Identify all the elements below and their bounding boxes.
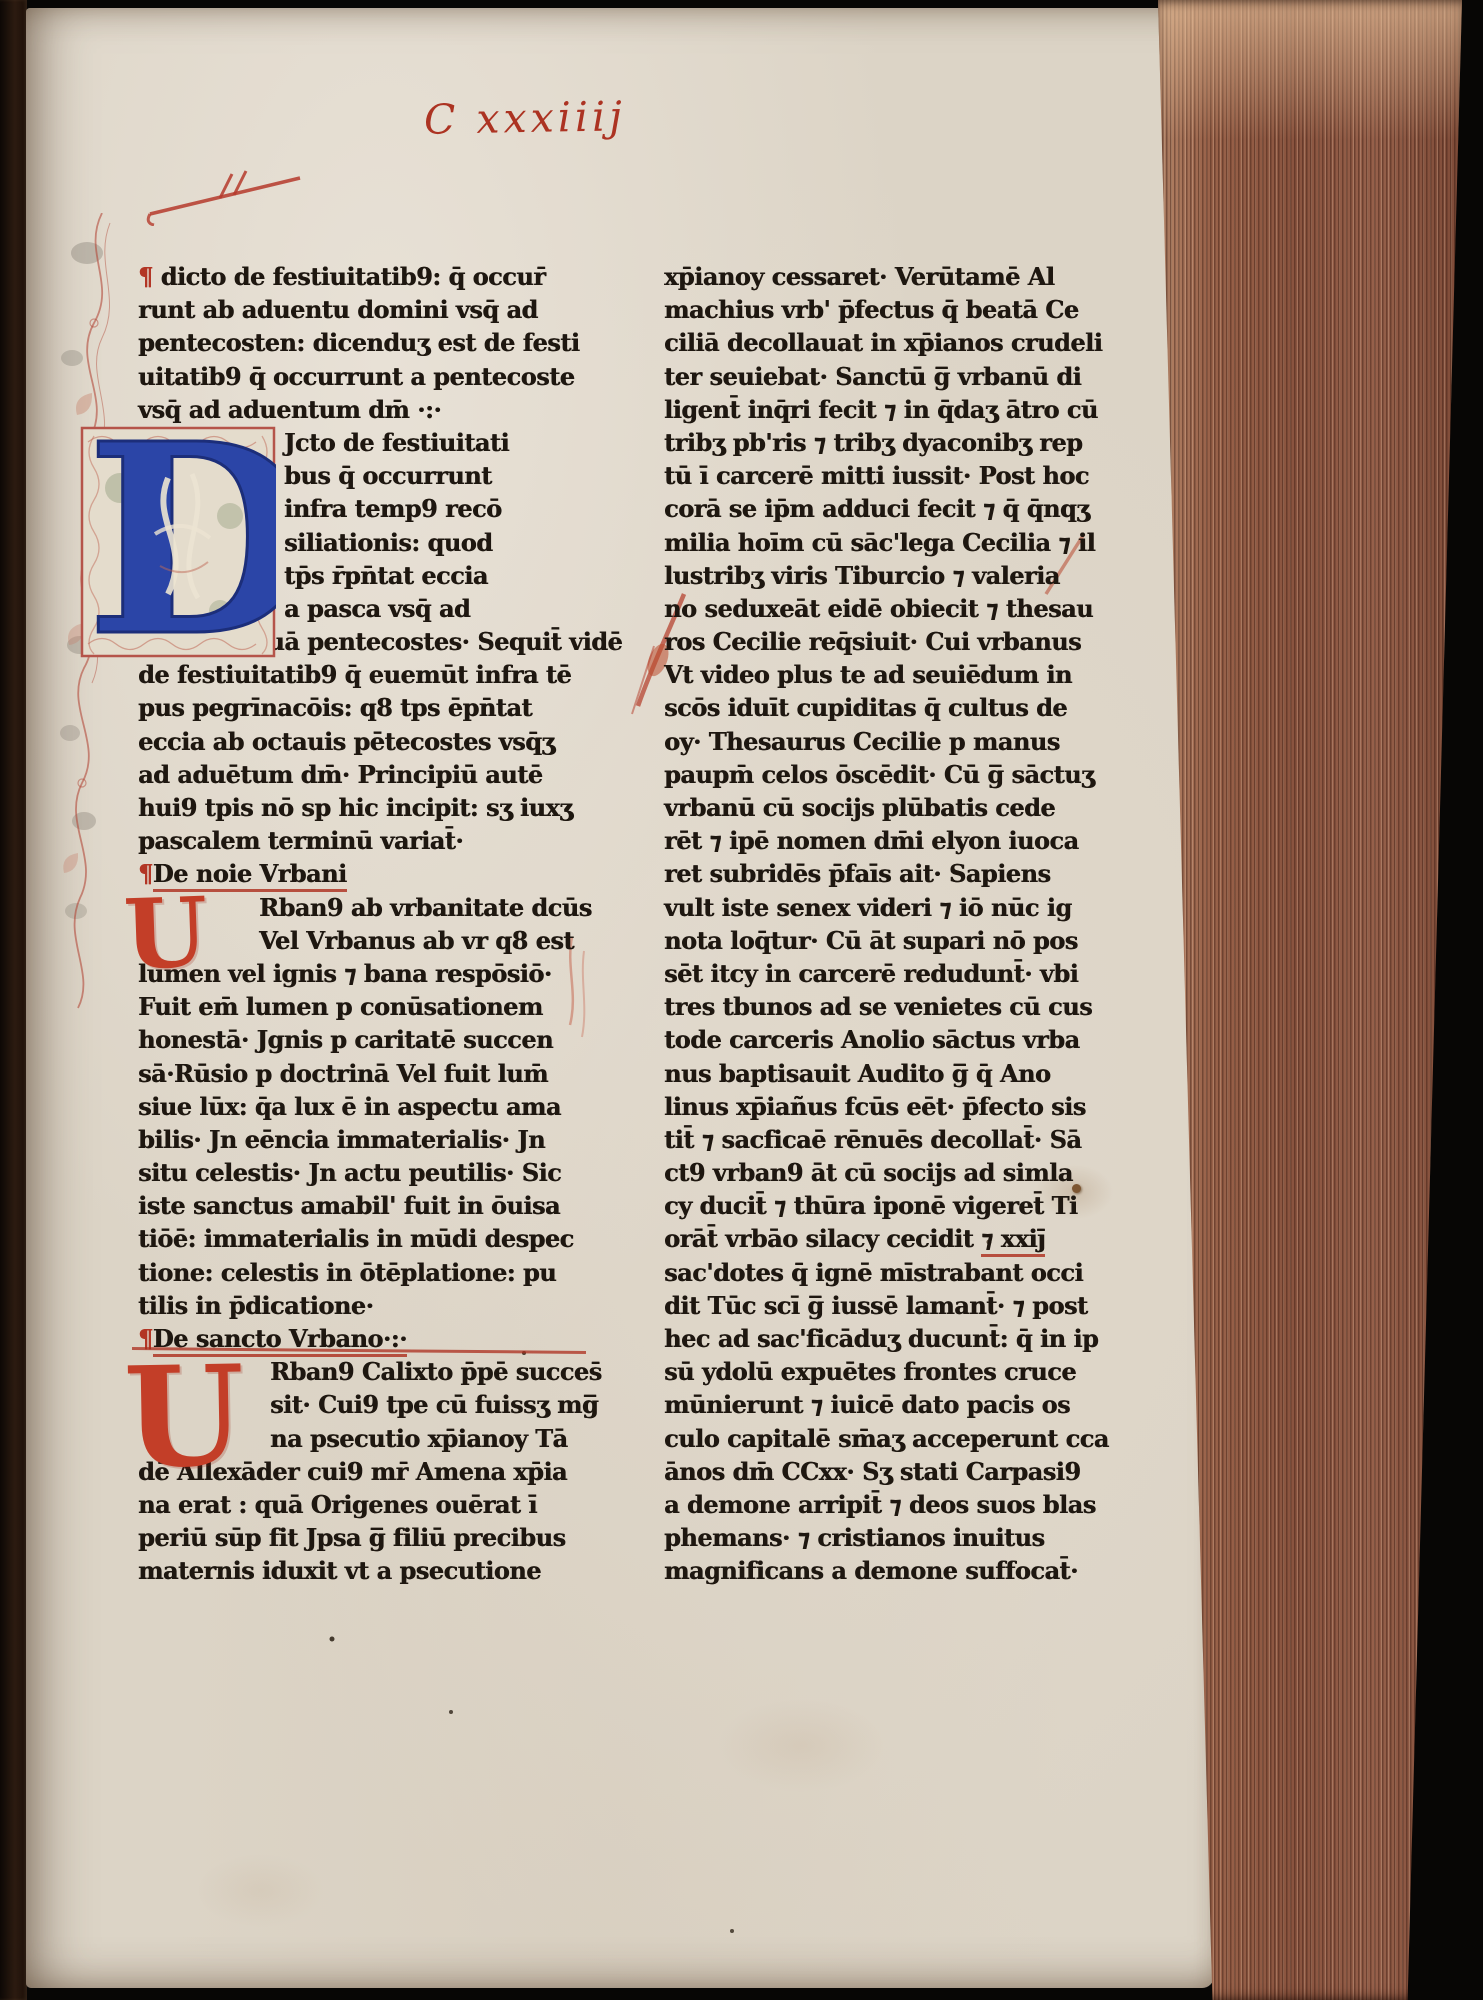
- text-segment: ʒ stati: [879, 1457, 966, 1486]
- text-line: phemans· ⁊ cristianos inuitus: [664, 1521, 1068, 1554]
- text-segment: siliationis: quod: [284, 528, 492, 557]
- text-line: ligent̄ inq̄ri fecit ⁊ in q̄daʒ ātro cū: [664, 393, 1068, 426]
- text-line: tp̄s r̄pn̄tat eccia: [284, 559, 574, 592]
- text-segment: tode carceris: [664, 1025, 841, 1054]
- page: C xxxiiij: [26, 8, 1214, 1988]
- text-segment: tribʒ pb'ris ⁊ tribʒ dyaconibʒ rep: [664, 428, 1082, 457]
- text-segment: pascalem terminū variat̄·: [138, 826, 463, 855]
- text-line: pascalem terminū variat̄·: [138, 824, 574, 857]
- text-segment: linus xp̄iañus fcūs eēt· p̄fecto sis: [664, 1092, 1086, 1121]
- red-lombard-initial-u2: U: [123, 1347, 245, 1487]
- text-segment: ui9 tpe cū fuissʒ mg̅: [337, 1390, 599, 1419]
- text-segment: ic: [538, 1158, 561, 1187]
- red-caret-mark: [142, 162, 312, 226]
- text-segment: ligent̄ inq̄ri fecit ⁊ in q̄daʒ ātro cū: [664, 395, 1098, 424]
- text-line: iste sanctus amabil' fuit in ōuisa: [138, 1189, 574, 1222]
- text-segment: ecilie p manus: [871, 727, 1059, 756]
- text-segment: Cxx·: [800, 1457, 862, 1486]
- text-line: ret subridēs p̄faīs ait· Sapiens: [664, 857, 1068, 890]
- text-line: rēt ⁊ ipē nomen dm̄i elyon iuoca: [664, 824, 1068, 857]
- text-line: no seduxeāt eidē obiecit ⁊ thesau: [664, 592, 1068, 625]
- rubricated-capital: C: [318, 1390, 337, 1419]
- text-line: periū sūp fit Jpsa g̅ filiū precibus: [138, 1521, 574, 1554]
- text-line: siliationis: quod: [284, 526, 574, 559]
- text-segment: ter seuiebat·: [664, 362, 835, 391]
- text-segment: l: [1046, 262, 1055, 291]
- text-segment: milia hoīm cū sāc'lega: [664, 528, 962, 557]
- text-segment: maternis iduxit vt a psecutione: [138, 1556, 541, 1585]
- text-line: Fuit em̄ lumen p conūsationem: [138, 990, 574, 1023]
- text-segment: vult iste senex videri ⁊ iō nūc ig: [664, 893, 1072, 922]
- text-line: magnificans a demone suffocat̄·: [664, 1554, 1068, 1587]
- text-segment: a pasca vsq̄ ad: [284, 594, 470, 623]
- paraph-mark: ¶: [138, 262, 161, 291]
- text-segment: tiōē: immaterialis in mūdi despec: [138, 1224, 574, 1253]
- text-segment: paupm̄ celos ōscēdit·: [664, 760, 944, 789]
- text-line: sac'dotes q̄ ignē mīstrabant occi: [664, 1256, 1068, 1289]
- text-segment: scōs iduīt cupiditas q̄ cultus de: [664, 693, 1067, 722]
- text-segment: tione: celestis in ōtēplatione: pu: [138, 1258, 556, 1287]
- text-segment: iburcio ⁊ valeria: [852, 561, 1059, 590]
- text-segment: ūc scī g̅ iussē lamant̄· ⁊ post: [725, 1291, 1088, 1320]
- text-line: dit Tūc scī g̅ iussē lamant̄· ⁊ post: [664, 1289, 1068, 1322]
- text-segment: pus pegrīnacōis: q8 tps ēpn̄tat: [138, 693, 532, 722]
- rubricated-capital: J: [517, 1125, 528, 1154]
- folio-number: C xxxiiij: [424, 92, 627, 144]
- rubricated-capital: C: [966, 1457, 985, 1486]
- rubricated-capital: J: [284, 428, 295, 457]
- text-line: tione: celestis in ōtēplatione: pu: [138, 1256, 574, 1289]
- text-line: tiōē: immaterialis in mūdi despec: [138, 1222, 574, 1255]
- text-segment: machius vrb' p̄fectus q̄ beatā: [664, 295, 1045, 324]
- text-line: culo capitalē sm̄aʒ acceperunt cca: [664, 1422, 1068, 1455]
- rubricated-capital: A: [1000, 1059, 1018, 1088]
- rubricated-capital: S: [862, 1457, 879, 1486]
- rubricated-capital: J: [308, 1158, 319, 1187]
- rubricated-capital: A: [1028, 262, 1046, 291]
- text-segment: culo capitalē sm̄aʒ acceperunt cca: [664, 1424, 1109, 1453]
- rubricated-capital: J: [306, 1523, 317, 1552]
- text-segment: phemans· ⁊ cristianos inuitus: [664, 1523, 1044, 1552]
- text-segment: tit̄ ⁊ sacficaē rēnuēs decollat̄·: [664, 1125, 1049, 1154]
- text-segment: corā se ip̄m adduci fecit ⁊ q̄ q̄nqʒ: [664, 494, 1089, 523]
- text-segment: hui9 tpis nō sp hic incipit: sʒ iuxʒ: [138, 793, 572, 822]
- rubricated-capital: C: [962, 528, 981, 557]
- rubricated-capital: C: [944, 760, 963, 789]
- text-segment: sac'dotes q̄ ignē mīstrabant occi: [664, 1258, 1083, 1287]
- text-segment: ū g̅ sāctuʒ: [962, 760, 1094, 789]
- text-line: ānos dm̄ CCxx· Sʒ stati Carpasi9: [664, 1455, 1068, 1488]
- rubricated-capital: T: [535, 1424, 552, 1453]
- text-segment: ost hoc: [995, 461, 1089, 490]
- illuminated-initial-d: D: [80, 426, 276, 658]
- rubricated-capital: C: [713, 627, 732, 656]
- text-line: ros Cecilie req̄siuit· Cui vrbanus: [664, 625, 1068, 658]
- rubricated-capital: V: [259, 926, 275, 955]
- text-segment: no: [1018, 1059, 1050, 1088]
- text-segment: rincipiū autē: [375, 760, 543, 789]
- book: C xxxiiij: [0, 0, 1483, 2000]
- rubricated-capital: S: [477, 627, 494, 656]
- text-line: hec ad sac'ficāduʒ ducunt̄: q̄ in ip: [664, 1322, 1068, 1355]
- text-line: Rban9 ab vrbanitate dcūs: [259, 891, 574, 924]
- text-line: siue lūx: q̄a lux ē in aspectu ama: [138, 1090, 574, 1123]
- paper-stain: [716, 1698, 886, 1793]
- text-segment: na psecutio xp̄ianoy: [270, 1424, 535, 1453]
- text-line: vsq̄ ad aduentum dm̄ ·:·: [138, 393, 574, 426]
- text-line: de festiuitatib9 q̄ euemūt infra tē: [138, 658, 574, 691]
- text-line: maternis iduxit vt a psecutione: [138, 1554, 574, 1587]
- text-segment: rigenes ouērat ī: [331, 1490, 537, 1519]
- blue-initial-letter: D: [86, 426, 276, 658]
- text-segment: n eēncia immaterialis·: [220, 1125, 518, 1154]
- text-line: sā·Rūsio p doctrinā Vel fuit lum̄: [138, 1057, 574, 1090]
- text-line: machius vrb' p̄fectus q̄ beatā Ce: [664, 293, 1068, 326]
- text-segment: ciliā decollauat in xp̄ianos crudeli: [664, 328, 1102, 357]
- rubricated-capital: S: [949, 859, 966, 888]
- rubricated-capital: V: [664, 660, 682, 689]
- text-line: a demone arripit̄ ⁊ deos suos blas: [664, 1488, 1068, 1521]
- text-segment: vsq̄ ad aduentum dm̄ ·:·: [138, 395, 441, 424]
- text-segment: tilis in p̄dicatione·: [138, 1291, 373, 1320]
- text-segment: tp̄s r̄pn̄tat eccia: [284, 561, 488, 590]
- text-segment: honestā·: [138, 1025, 257, 1054]
- text-segment: alixto p̄pē succes̄: [380, 1357, 601, 1386]
- text-segment: arpasi9: [984, 1457, 1080, 1486]
- text-line: runt ab aduentu domini vsq̄ ad: [138, 293, 574, 326]
- text-segment: anctū g̅ vrbanū di: [852, 362, 1081, 391]
- text-segment: Rban9: [270, 1357, 362, 1386]
- text-line: Vt video plus te ad seuiēdum in: [664, 658, 1068, 691]
- text-segment: mena xp̄ia: [434, 1457, 567, 1486]
- rubricated-capital: A: [858, 1059, 876, 1088]
- text-line: milia hoīm cū sāc'lega Cecilia ⁊ il: [664, 526, 1068, 559]
- rubricated-capital: C: [362, 1357, 381, 1386]
- text-line: situ celestis· Jn actu peutilis· Sic: [138, 1156, 574, 1189]
- text-segment: lustribʒ viris: [664, 561, 835, 590]
- text-segment: ū āt supari nō pos: [844, 926, 1077, 955]
- text-segment: cy ducit̄ ⁊ thūra iponē vigeret̄: [664, 1191, 1051, 1220]
- text-line: bus q̄ occurrunt: [284, 459, 574, 492]
- text-segment: bilis·: [138, 1125, 209, 1154]
- text-segment: runt ab aduentu domini vsq̄ ad: [138, 295, 538, 324]
- text-segment: n: [528, 1125, 545, 1154]
- text-line: na psecutio xp̄ianoy Tā: [270, 1422, 574, 1455]
- text-segment: a demone arripit̄ ⁊ deos suos blas: [664, 1490, 1096, 1519]
- text-segment: sū ydolū expuētes frontes cruce: [664, 1357, 1076, 1386]
- text-segment: sā·Rūsio p doctrinā: [138, 1059, 397, 1088]
- rubricated-capital: T: [1051, 1191, 1068, 1220]
- text-segment: el fuit lum̄: [412, 1059, 548, 1088]
- left-text-column: D U U ¶ dicto de festiuitatib9: q̄ occur…: [138, 260, 574, 1588]
- text-segment: udito g̅ q̄: [876, 1059, 1000, 1088]
- text-line: pentecosten: dicenduʒ est de festi: [138, 326, 574, 359]
- text-segment: oy·: [664, 727, 709, 756]
- text-segment: siue lūx: q̄a lux ē in aspectu ama: [138, 1092, 561, 1121]
- text-line: nota loq̄tur· Cū āt supari nō pos: [664, 924, 1068, 957]
- rubricated-capital: C: [826, 926, 845, 955]
- rubricated-capital: T: [707, 1291, 724, 1320]
- text-line: bilis· Jn eēncia immaterialis· Jn: [138, 1123, 574, 1156]
- rubricated-capital: J: [257, 1025, 268, 1054]
- text-segment: ct9 vrban9 āt cū socijs ad simla: [664, 1158, 1073, 1187]
- text-line: Jcto de festiuitati: [284, 426, 574, 459]
- rubricated-capital: J: [209, 1125, 220, 1154]
- text-line: Rban9 Calixto p̄pē succes̄: [270, 1355, 574, 1388]
- text-segment: mūnierunt ⁊ iuicē dato pacis os: [664, 1390, 1070, 1419]
- text-line: lustribʒ viris Tiburcio ⁊ valeria: [664, 559, 1068, 592]
- text-line: infra temp9 recō: [284, 492, 574, 525]
- text-segment: Fuit em̄ lumen p conūsationem: [138, 992, 543, 1021]
- rubricated-capital: C: [781, 1457, 800, 1486]
- text-segment: dicto de festiuitatib9: q̄ occur̄: [161, 262, 546, 291]
- text-segment: Rban9 ab vrbanitate dcūs: [259, 893, 592, 922]
- text-segment: sēt itcy in carcerē redudunt̄· vbi: [664, 959, 1078, 988]
- text-segment: ad aduētum dm̄·: [138, 760, 357, 789]
- text-line: tilis in p̄dicatione·: [138, 1289, 574, 1322]
- text-line: vrbanū cū socijs plūbatis cede: [664, 791, 1068, 824]
- text-line: paupm̄ celos ōscēdit· Cū g̅ sāctuʒ: [664, 758, 1068, 791]
- text-segment: ros: [664, 627, 713, 656]
- text-segment: vrbanū cū socijs plūbatis cede: [664, 793, 1055, 822]
- text-line: orāt̄ vrbāo silacy cecidit ⁊ xxij̄: [664, 1222, 1068, 1255]
- text-line: scōs iduīt cupiditas q̄ cultus de: [664, 691, 1068, 724]
- text-line: a pasca vsq̄ ad: [284, 592, 574, 625]
- rubricated-capital: A: [841, 1025, 859, 1054]
- rubricated-capital: O: [311, 1490, 331, 1519]
- rubricated-capital: S: [835, 362, 852, 391]
- rubricated-capital: S: [522, 1158, 539, 1187]
- text-line: ct9 vrban9 āt cū socijs ad simla: [664, 1156, 1068, 1189]
- text-segment: tres tbunos ad se venietes cū cus: [664, 992, 1092, 1021]
- red-lombard-initial-u1: U: [122, 885, 209, 984]
- paper-stain: [196, 1853, 326, 1928]
- rubricated-capital: V: [397, 1059, 413, 1088]
- text-segment: situ celestis·: [138, 1158, 308, 1187]
- text-segment: xp̄ianoy cessaret·: [664, 262, 895, 291]
- text-segment: infra temp9 recō: [284, 494, 502, 523]
- text-line: nus baptisauit Audito g̅ q̄ Ano: [664, 1057, 1068, 1090]
- initial-letter: U: [123, 1334, 246, 1499]
- text-segment: nus baptisauit: [664, 1059, 858, 1088]
- text-segment: orāt̄ vrbāo silacy cecidit: [664, 1224, 981, 1253]
- rubricated-capital: C: [853, 727, 872, 756]
- text-line: mūnierunt ⁊ iuicē dato pacis os: [664, 1388, 1068, 1421]
- text-segment: e: [1064, 295, 1079, 324]
- book-photo: { "page": { "folio_number": "C xxxiiij",…: [0, 0, 1483, 2000]
- text-line: linus xp̄iañus fcūs eēt· p̄fecto sis: [664, 1090, 1068, 1123]
- text-line: cy ducit̄ ⁊ thūra iponē vigeret̄ Ti: [664, 1189, 1068, 1222]
- text-segment: dit: [664, 1291, 707, 1320]
- rubricated-capital: P: [978, 461, 995, 490]
- text-segment: ā: [1066, 1125, 1081, 1154]
- text-segment: erūtamē: [911, 262, 1028, 291]
- text-line: sit· Cui9 tpe cū fuissʒ mg̅: [270, 1388, 574, 1421]
- text-segment: tū ī carcerē mitti iussit·: [664, 461, 978, 490]
- dust-specks: [26, 8, 28, 10]
- text-line: vult iste senex videri ⁊ iō nūc ig: [664, 891, 1068, 924]
- text-segment: n actu peutilis·: [319, 1158, 522, 1187]
- text-segment: gnis p caritatē succen: [267, 1025, 553, 1054]
- text-line: tres tbunos ad se venietes cū cus: [664, 990, 1068, 1023]
- rubricated-capital: S: [1049, 1125, 1066, 1154]
- text-line: tribʒ pb'ris ⁊ tribʒ dyaconibʒ rep: [664, 426, 1068, 459]
- text-segment: equit̄ vidē: [494, 627, 622, 656]
- text-segment: eccia ab octauis pētecostes vsq̄ʒ: [138, 727, 555, 756]
- text-segment: cto de festiuitati: [295, 428, 509, 457]
- text-line: tū ī carcerē mitti iussit· Post hoc: [664, 459, 1068, 492]
- text-segment: ⁊ xxij̄: [981, 1224, 1045, 1257]
- text-line: honestā· Jgnis p caritatē succen: [138, 1023, 574, 1056]
- text-line: corā se ip̄m adduci fecit ⁊ q̄ q̄nqʒ: [664, 492, 1068, 525]
- text-segment: t video plus te ad seuiēdum in: [682, 660, 1072, 689]
- text-segment: hec ad sac'ficāduʒ ducunt̄: q̄ in ip: [664, 1324, 1098, 1353]
- text-line: sū ydolū expuētes frontes cruce: [664, 1355, 1068, 1388]
- text-line: tit̄ ⁊ sacficaē rēnuēs decollat̄· Sā: [664, 1123, 1068, 1156]
- rubricated-capital: V: [895, 262, 911, 291]
- text-line: tode carceris Anolio sāctus vrba: [664, 1023, 1068, 1056]
- text-line: uitatib9 q̄ occurrunt a pentecoste: [138, 360, 574, 393]
- text-line: ter seuiebat· Sanctū g̅ vrbanū di: [664, 360, 1068, 393]
- text-line: ad aduētum dm̄· Principiū autē: [138, 758, 574, 791]
- text-segment: ecilia ⁊ il: [981, 528, 1096, 557]
- rubricated-capital: C: [1045, 295, 1064, 324]
- text-segment: ui vrbanus: [944, 627, 1081, 656]
- text-segment: no seduxeāt eidē obiecit ⁊ thesau: [664, 594, 1093, 623]
- text-line: ¶ dicto de festiuitatib9: q̄ occur̄: [138, 260, 574, 293]
- text-segment: sit·: [270, 1390, 318, 1419]
- text-segment: nolio sāctus vrba: [859, 1025, 1080, 1054]
- text-line: xp̄ianoy cessaret· Verūtamē Al: [664, 260, 1068, 293]
- text-segment: ānos dm̄: [664, 1457, 781, 1486]
- text-segment: el Vrbanus ab vr q8 est: [275, 926, 574, 955]
- text-segment: pentecosten: dicenduʒ est de festi: [138, 328, 579, 357]
- text-segment: hesaurus: [726, 727, 853, 756]
- text-segment: i: [1069, 1191, 1078, 1220]
- rubricated-capital: C: [925, 627, 944, 656]
- text-line: oy· Thesaurus Cecilie p manus: [664, 725, 1068, 758]
- text-segment: magnificans a demone suffocat̄·: [664, 1556, 1078, 1585]
- text-line: Vel Vrbanus ab vr q8 est: [259, 924, 574, 957]
- text-segment: bus q̄ occurrunt: [284, 461, 492, 490]
- text-segment: ret subridēs p̄faīs ait·: [664, 859, 949, 888]
- text-line: pus pegrīnacōis: q8 tps ēpn̄tat: [138, 691, 574, 724]
- text-segment: nota loq̄tur·: [664, 926, 826, 955]
- text-segment: uitatib9 q̄ occurrunt a pentecoste: [138, 362, 574, 391]
- text-segment: ā: [552, 1424, 567, 1453]
- text-segment: ecilie req̄siuit·: [731, 627, 925, 656]
- rubricated-capital: P: [357, 760, 375, 789]
- text-segment: periū sūp fit: [138, 1523, 306, 1552]
- text-segment: de festiuitatib9 q̄ euemūt infra tē: [138, 660, 571, 689]
- text-segment: rēt ⁊ ipē nomen dm̄i elyon iuoca: [664, 826, 1079, 855]
- rubricated-capital: T: [709, 727, 726, 756]
- right-text-column: xp̄ianoy cessaret· Verūtamē Almachius vr…: [664, 260, 1068, 1588]
- text-line: sēt itcy in carcerē redudunt̄· vbi: [664, 957, 1068, 990]
- text-segment: apiens: [966, 859, 1051, 888]
- rubricated-capital: A: [416, 1457, 434, 1486]
- text-line: ciliā decollauat in xp̄ianos crudeli: [664, 326, 1068, 359]
- text-segment: iste sanctus amabil' fuit in ōuisa: [138, 1191, 560, 1220]
- rubricated-capital: T: [835, 561, 852, 590]
- text-segment: psa g̅ filiū precibus: [316, 1523, 565, 1552]
- text-line: hui9 tpis nō sp hic incipit: sʒ iuxʒ: [138, 791, 574, 824]
- initial-letter: U: [122, 876, 209, 992]
- text-line: eccia ab octauis pētecostes vsq̄ʒ: [138, 725, 574, 758]
- leather-spine: [0, 0, 27, 2000]
